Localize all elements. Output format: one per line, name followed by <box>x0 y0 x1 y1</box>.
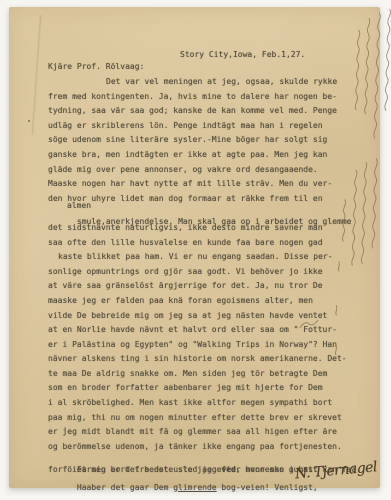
typed-line: nävner alskens ting i sin historie om no… <box>48 354 340 369</box>
dateline: Story City,Iowa, Feb.1,27. <box>180 50 305 59</box>
closing-underlined-word: glimrende <box>173 483 216 492</box>
typed-line: sonlige opmuntrings ord gjör saa godt. V… <box>48 267 340 282</box>
typed-line: i al skröbelighed. Men kast ikke altfor … <box>48 398 340 413</box>
inserted-word: almen <box>67 201 91 210</box>
typed-line: at en Norlie havde nävnt et halvt ord el… <box>48 325 340 340</box>
salutation: Kjäre Prof. Rölvaag: <box>48 62 144 71</box>
typed-line: gläde mig over pene annonser, og vakre o… <box>48 165 340 180</box>
letter-body: Det var vel meningen at jeg, ogsaa, skul… <box>48 77 340 456</box>
handwritten-check-mark <box>298 318 320 332</box>
typed-line: ganske bra, men indtägten er ikke at agt… <box>48 150 340 165</box>
typed-line: te maa De aldrig snakke om. Men siden je… <box>48 369 340 384</box>
typed-line: kaste blikket paa ham. Vi er nu engang s… <box>48 252 340 267</box>
typed-line: Det var vel meningen at jeg, ogsaa, skul… <box>48 77 340 92</box>
typed-line: tydning, saa vär saa god; kanske de kan … <box>48 106 340 121</box>
typed-line: udläg er skriblerens lön. Penge indtägt … <box>48 121 340 136</box>
typed-line: Maaske nogen har havt nytte af mit lille… <box>48 179 340 194</box>
typed-line: söge udenom sine literäre sysler.-Mine b… <box>48 135 340 150</box>
paper-speck <box>28 120 30 122</box>
typed-line: den hvor uhyre lidet man dog formaar at … <box>48 194 340 209</box>
typed-line: det sidstnävnte naturligvis, ikke desto … <box>48 223 340 238</box>
typed-line: saa ofte den lille husvalelse en kunde f… <box>48 238 340 253</box>
scanned-letter: Story City,Iowa, Feb.1,27. Kjäre Prof. R… <box>0 0 391 500</box>
typed-line: at väre saa gränselöst ärgjerrige for de… <box>48 281 340 296</box>
typed-line: er i Palästina og Egypten" og "Walking T… <box>48 340 340 355</box>
closing-text: bog-veien! Venligst, <box>217 483 318 492</box>
typed-line: frem med kontingenten. Ja, hvis mine to … <box>48 92 340 107</box>
paper-crease <box>31 15 42 135</box>
typed-line: vilde De bebreide mig om jeg sa at jeg n… <box>48 311 340 326</box>
handwritten-marginalia <box>329 0 391 500</box>
typed-line-with-insertion: smulealmen,anerkjendelse. Man skal gaa o… <box>48 208 340 223</box>
typed-line: er jeg midt blandt mit fä og glemmer saa… <box>48 427 340 442</box>
typed-line: maaske jeg er falden paa knä foran egois… <box>48 296 340 311</box>
typed-line: som en broder forfatter aabenbarer jeg m… <box>48 383 340 398</box>
closing-line: Farmen er det bedste sted jeg ved, hvor … <box>48 456 348 465</box>
closing-text: Haaber det gaar Dem <box>77 483 173 492</box>
typed-line: paa mig, thi nu om nogen minutter efter … <box>48 413 340 428</box>
typed-line: og berömmelse udenom, ja tänker ikke eng… <box>48 442 340 457</box>
